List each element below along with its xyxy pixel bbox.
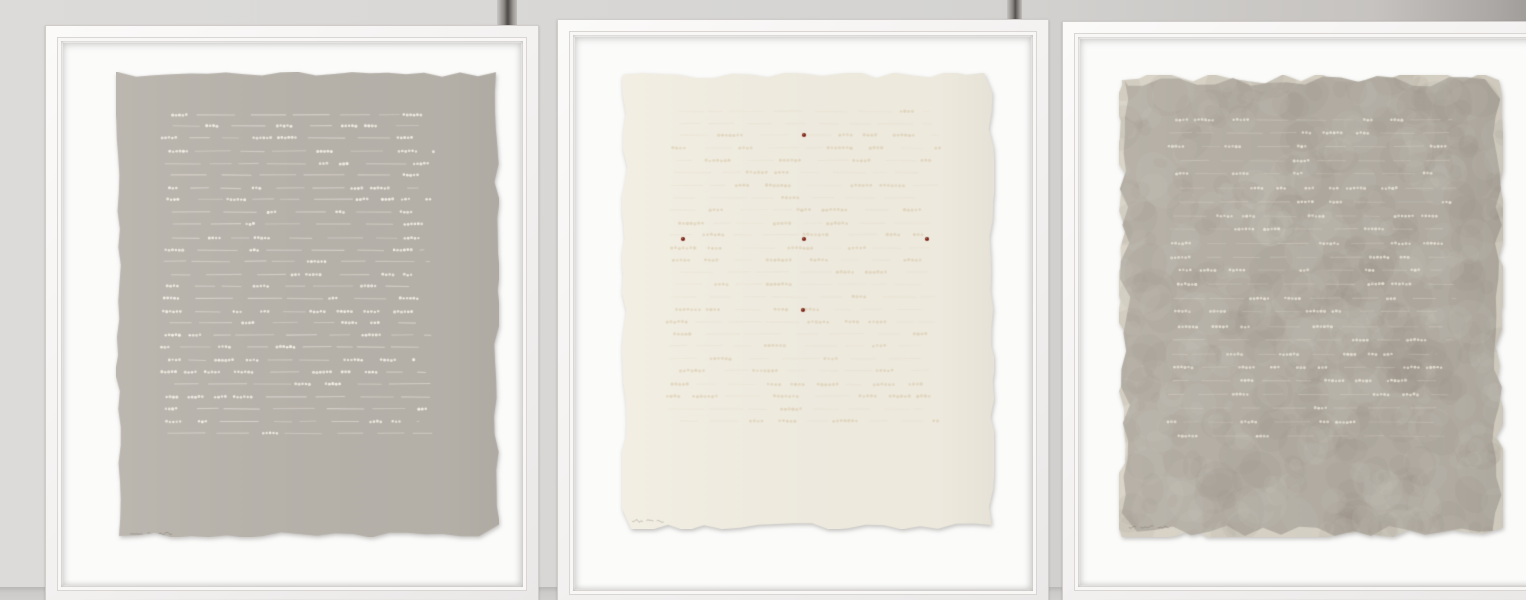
gallery-photo xyxy=(0,0,1526,600)
artwork-paper-left xyxy=(116,72,499,537)
artwork-paper-middle xyxy=(622,73,994,529)
framed-artwork-left xyxy=(45,25,539,600)
framed-artwork-middle xyxy=(557,19,1049,600)
artwork-paper-right xyxy=(1119,75,1503,537)
framed-artwork-right xyxy=(1062,21,1526,600)
